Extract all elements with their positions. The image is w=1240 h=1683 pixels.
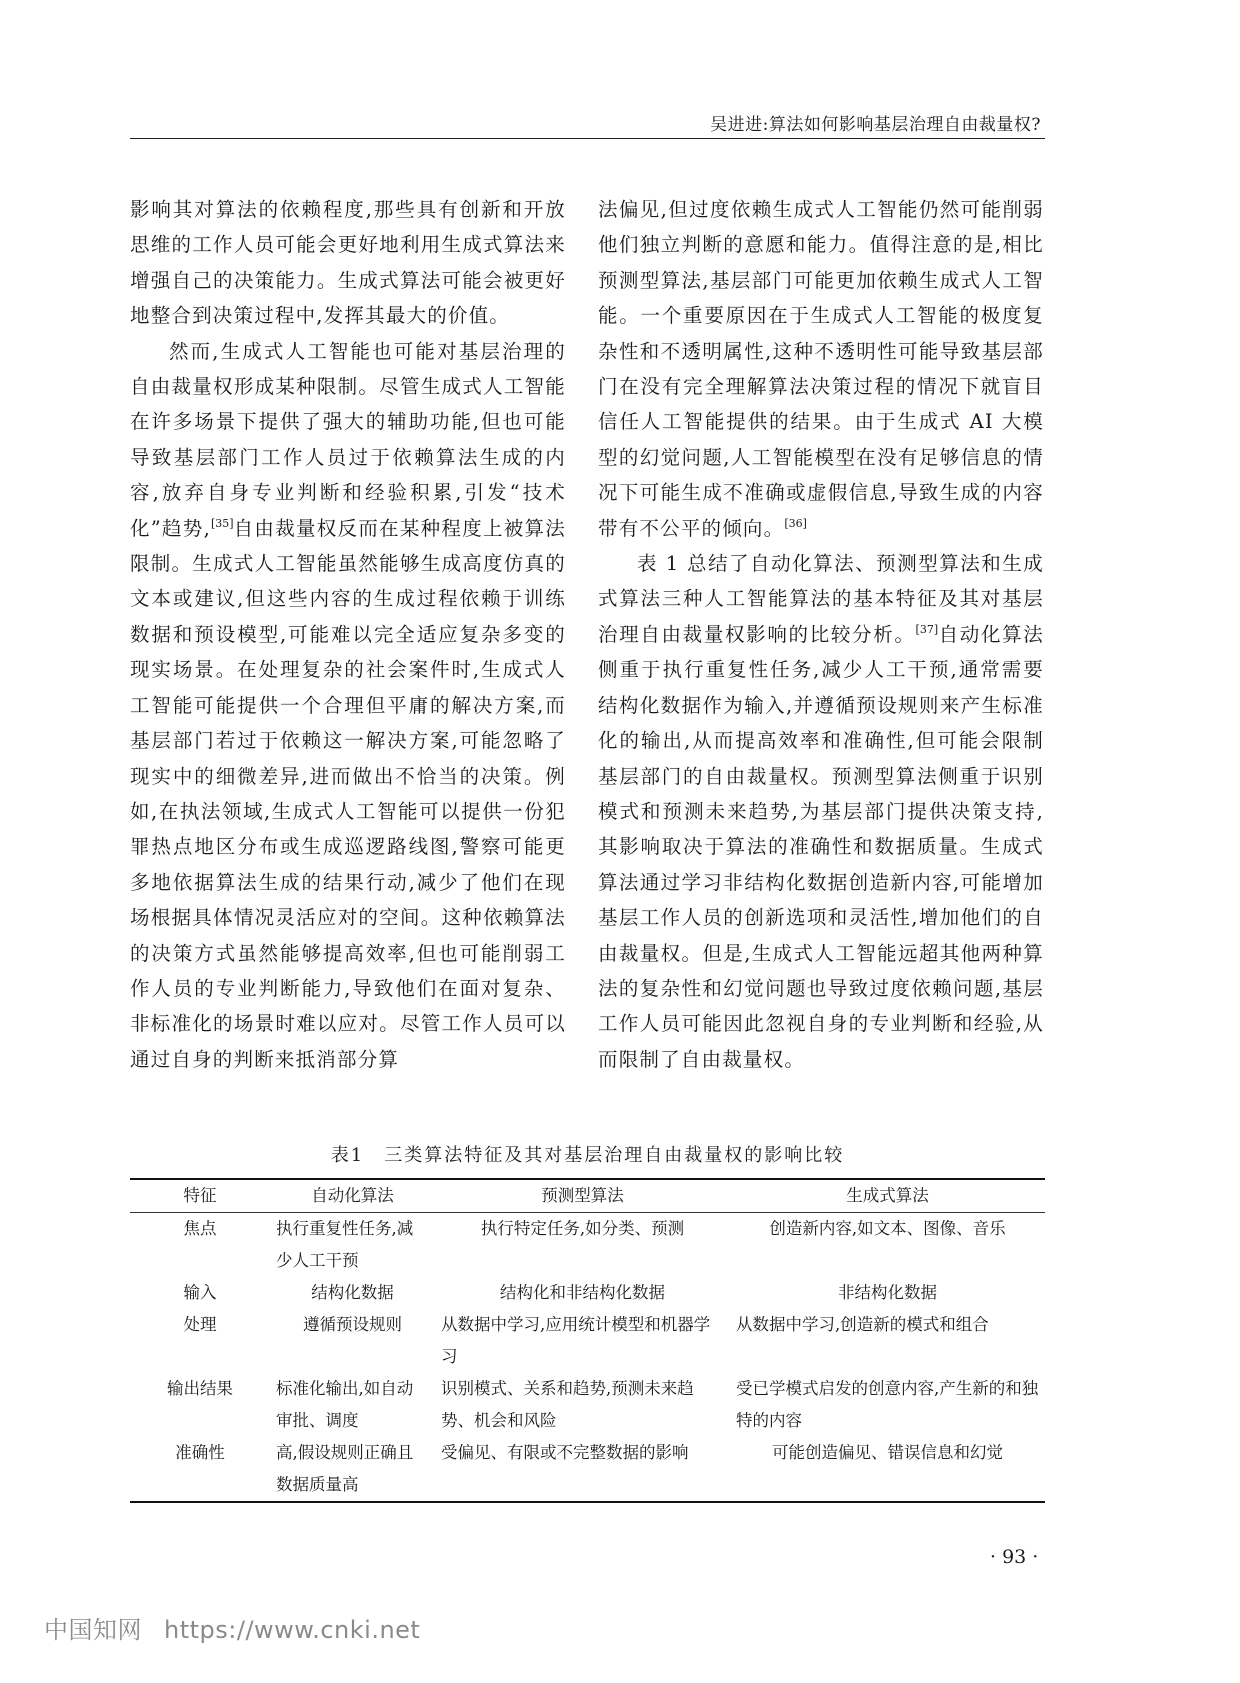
- header-feature: 特征: [130, 1179, 270, 1213]
- citation-ref: [35]: [211, 517, 234, 530]
- cell-predictive: 从数据中学习,应用统计模型和机器学习: [435, 1309, 730, 1373]
- header-predictive: 预测型算法: [435, 1179, 730, 1213]
- running-head-title: 吴进进:算法如何影响基层治理自由裁量权?: [710, 110, 1041, 135]
- cell-feature: 处理: [130, 1309, 270, 1373]
- cell-predictive: 受偏见、有限或不完整数据的影响: [435, 1437, 730, 1502]
- table-row: 输入 结构化数据 结构化和非结构化数据 非结构化数据: [130, 1277, 1045, 1309]
- cell-automated: 标准化输出,如自动审批、调度: [270, 1373, 435, 1437]
- table-caption: 表1 三类算法特征及其对基层治理自由裁量权的影响比较: [130, 1141, 1045, 1167]
- cell-generative: 非结构化数据: [730, 1277, 1045, 1309]
- citation-ref: [37]: [916, 623, 939, 636]
- running-head: 吴进进:算法如何影响基层治理自由裁量权?: [130, 108, 1045, 139]
- citation-ref: [36]: [784, 517, 807, 530]
- table-header-row: 特征 自动化算法 预测型算法 生成式算法: [130, 1179, 1045, 1213]
- cell-predictive: 执行特定任务,如分类、预测: [435, 1213, 730, 1278]
- right-column: 法偏见,但过度依赖生成式人工智能仍然可能削弱他们独立判断的意愿和能力。值得注意的…: [598, 192, 1044, 1077]
- cell-feature: 准确性: [130, 1437, 270, 1502]
- paragraph-text: 自由裁量权反而在某种程度上被算法限制。生成式人工智能虽然能够生成高度仿真的文本或…: [130, 517, 566, 1071]
- paragraph: 影响其对算法的依赖程度,那些具有创新和开放思维的工作人员可能会更好地利用生成式算…: [130, 192, 566, 334]
- paragraph: 然而,生成式人工智能也可能对基层治理的自由裁量权形成某种限制。尽管生成式人工智能…: [130, 334, 566, 1078]
- table-row: 焦点 执行重复性任务,减少人工干预 执行特定任务,如分类、预测 创造新内容,如文…: [130, 1213, 1045, 1278]
- table-row: 处理 遵循预设规则 从数据中学习,应用统计模型和机器学习 从数据中学习,创造新的…: [130, 1309, 1045, 1373]
- page-number: · 93 ·: [990, 1546, 1038, 1568]
- watermark-site-link[interactable]: https://www.cnki.net: [164, 1616, 420, 1644]
- watermark: 中国知网https://www.cnki.net: [44, 1610, 420, 1645]
- cell-generative: 从数据中学习,创造新的模式和组合: [730, 1309, 1045, 1373]
- cell-generative: 创造新内容,如文本、图像、音乐: [730, 1213, 1045, 1278]
- cell-predictive: 识别模式、关系和趋势,预测未来趋势、机会和风险: [435, 1373, 730, 1437]
- paragraph-text: 自动化算法侧重于执行重复性任务,减少人工干预,通常需要结构化数据作为输入,并遵循…: [598, 623, 1044, 1071]
- comparison-table: 特征 自动化算法 预测型算法 生成式算法 焦点 执行重复性任务,减少人工干预 执…: [130, 1178, 1045, 1503]
- cell-feature: 输入: [130, 1277, 270, 1309]
- left-column: 影响其对算法的依赖程度,那些具有创新和开放思维的工作人员可能会更好地利用生成式算…: [130, 192, 566, 1077]
- header-automated: 自动化算法: [270, 1179, 435, 1213]
- cell-generative: 可能创造偏见、错误信息和幻觉: [730, 1437, 1045, 1502]
- paragraph-text: 法偏见,但过度依赖生成式人工智能仍然可能削弱他们独立判断的意愿和能力。值得注意的…: [598, 198, 1044, 540]
- cell-automated: 结构化数据: [270, 1277, 435, 1309]
- watermark-brand: 中国知网: [44, 1616, 142, 1644]
- table-row: 准确性 高,假设规则正确且数据质量高 受偏见、有限或不完整数据的影响 可能创造偏…: [130, 1437, 1045, 1502]
- cell-feature: 焦点: [130, 1213, 270, 1278]
- cell-feature: 输出结果: [130, 1373, 270, 1437]
- cell-generative: 受已学模式启发的创意内容,产生新的和独特的内容: [730, 1373, 1045, 1437]
- cell-automated: 遵循预设规则: [270, 1309, 435, 1373]
- cell-predictive: 结构化和非结构化数据: [435, 1277, 730, 1309]
- paragraph: 法偏见,但过度依赖生成式人工智能仍然可能削弱他们独立判断的意愿和能力。值得注意的…: [598, 192, 1044, 546]
- header-generative: 生成式算法: [730, 1179, 1045, 1213]
- paragraph: 表 1 总结了自动化算法、预测型算法和生成式算法三种人工智能算法的基本特征及其对…: [598, 546, 1044, 1077]
- paragraph-text: 影响其对算法的依赖程度,那些具有创新和开放思维的工作人员可能会更好地利用生成式算…: [130, 198, 566, 327]
- paragraph-text: 然而,生成式人工智能也可能对基层治理的自由裁量权形成某种限制。尽管生成式人工智能…: [130, 340, 566, 540]
- cell-automated: 执行重复性任务,减少人工干预: [270, 1213, 435, 1278]
- cell-automated: 高,假设规则正确且数据质量高: [270, 1437, 435, 1502]
- table-row: 输出结果 标准化输出,如自动审批、调度 识别模式、关系和趋势,预测未来趋势、机会…: [130, 1373, 1045, 1437]
